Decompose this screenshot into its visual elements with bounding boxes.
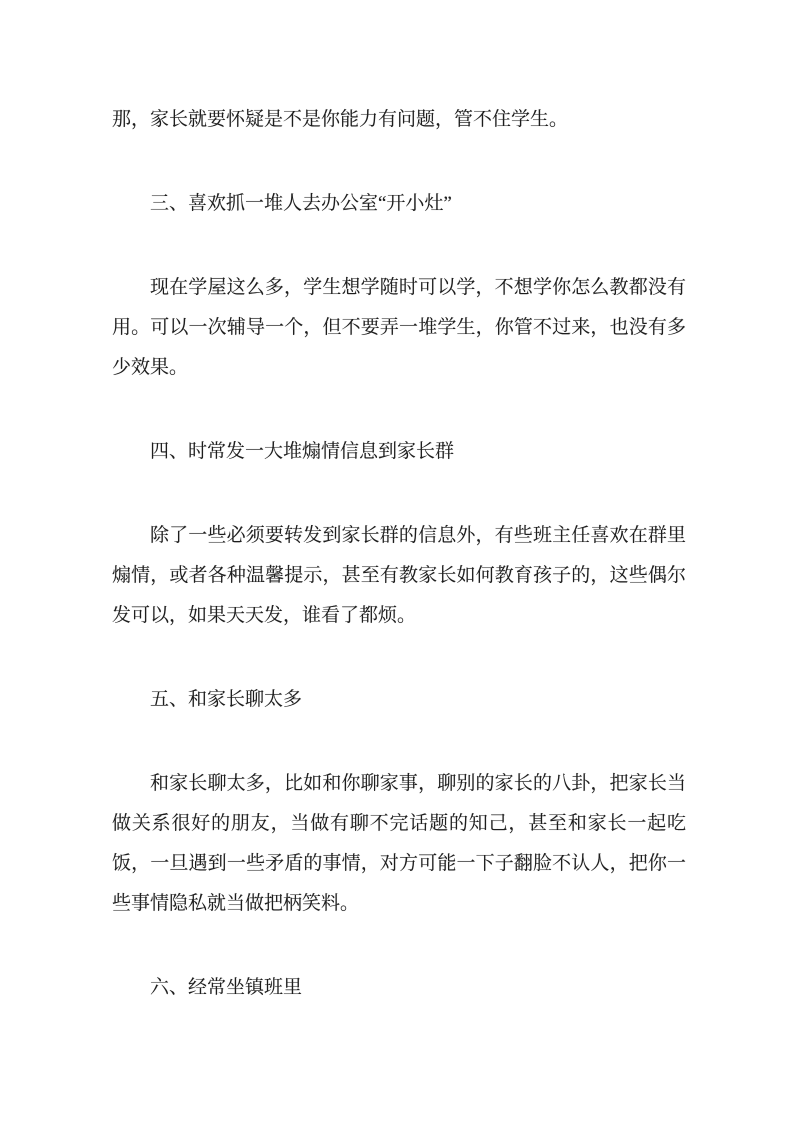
- document-page: 那，家长就要怀疑是不是你能力有问题，管不住学生。 三、喜欢抓一堆人去办公室“开小…: [0, 0, 793, 1122]
- section-heading-3: 三、喜欢抓一堆人去办公室“开小灶”: [112, 184, 686, 224]
- paragraph-section-3: 现在学屋这么多，学生想学随时可以学，不想学你怎么教都没有用。可以一次辅导一个，但…: [112, 268, 686, 388]
- section-heading-5: 五、和家长聊太多: [112, 680, 686, 720]
- paragraph-section-4: 除了一些必须要转发到家长群的信息外，有些班主任喜欢在群里煽情，或者各种温馨提示，…: [112, 516, 686, 636]
- paragraph-continuation: 那，家长就要怀疑是不是你能力有问题，管不住学生。: [112, 100, 686, 140]
- section-heading-4: 四、时常发一大堆煽情信息到家长群: [112, 432, 686, 472]
- paragraph-section-5: 和家长聊太多，比如和你聊家事，聊别的家长的八卦，把家长当做关系很好的朋友，当做有…: [112, 764, 686, 924]
- section-heading-6: 六、经常坐镇班里: [112, 968, 686, 1008]
